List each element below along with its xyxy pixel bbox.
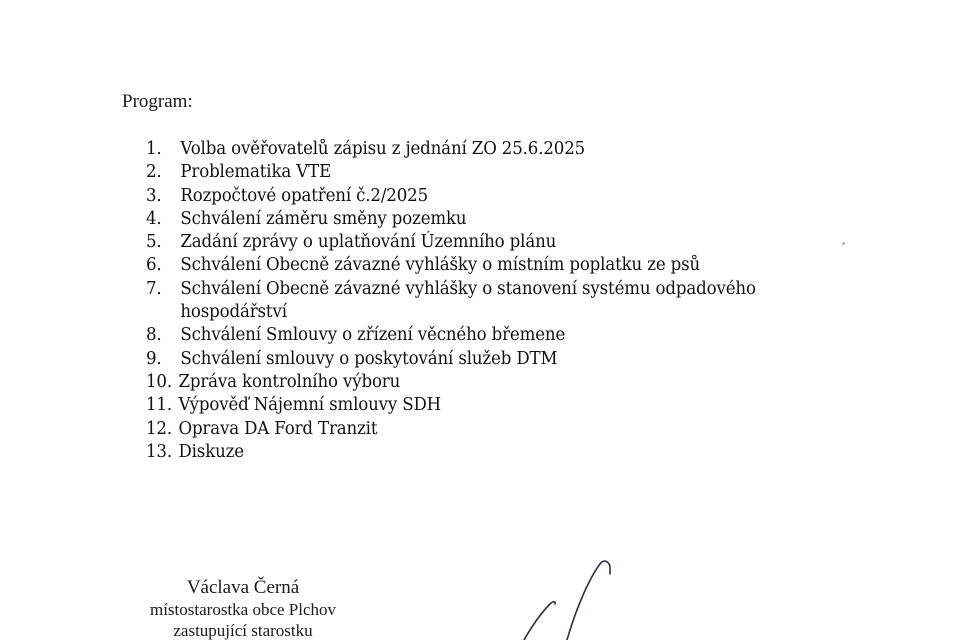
agenda-text: Problematika VTE (180, 161, 791, 184)
scan-speck (842, 242, 845, 245)
agenda-number: 11. (146, 394, 178, 417)
agenda-text: Výpověď Nájemní smlouvy SDH (178, 394, 789, 417)
agenda-item: 10.Zpráva kontrolního výboru (146, 371, 792, 394)
agenda-item: 8.Schválení Smlouvy o zřízení věcného bř… (146, 324, 792, 347)
agenda-text: Schválení Obecně závazné vyhlášky o stan… (180, 278, 791, 325)
signatory-role: místostarostka obce Plchov (93, 599, 393, 620)
agenda-item: 11.Výpověď Nájemní smlouvy SDH (146, 394, 792, 417)
agenda-number: 7. (146, 278, 180, 325)
agenda-number: 4. (146, 208, 180, 231)
agenda-text: Zadání zprávy o uplatňování Územního plá… (180, 231, 791, 254)
agenda-item: 6.Schválení Obecně závazné vyhlášky o mí… (146, 254, 792, 277)
signatory-block: Václava Černá místostarostka obce Plchov… (93, 577, 393, 640)
agenda-number: 5. (146, 231, 180, 254)
agenda-number: 13. (146, 441, 178, 464)
agenda-number: 9. (146, 348, 180, 371)
signatory-role-note: zastupující starostku (93, 620, 393, 640)
cut-off-header-text: ▀▀▀▀ ▀ ▀ ▀ ▀▀ ▀▀▀▀ ▀ ▀▀▀ ▀▀▀▀ ▀▀▀ ▀ ▀ (0, 0, 960, 7)
agenda-number: 1. (146, 138, 180, 161)
handwritten-signature-icon (500, 540, 660, 640)
agenda-text: Rozpočtové opatření č.2/2025 (180, 185, 791, 208)
agenda-item: 1.Volba ověřovatelů zápisu z jednání ZO … (146, 138, 792, 161)
agenda-number: 2. (146, 161, 180, 184)
agenda-item: 5.Zadání zprávy o uplatňování Územního p… (146, 231, 792, 254)
agenda-text: Schválení záměru směny pozemku (180, 208, 791, 231)
program-heading: Program: (122, 91, 193, 113)
agenda-text: Schválení smlouvy o poskytování služeb D… (180, 348, 791, 371)
agenda-text: Schválení Obecně závazné vyhlášky o míst… (180, 254, 791, 277)
agenda-number: 3. (146, 185, 180, 208)
agenda-item: 13.Diskuze (146, 441, 792, 464)
agenda-item: 3.Rozpočtové opatření č.2/2025 (146, 185, 792, 208)
agenda-item: 9.Schválení smlouvy o poskytování služeb… (146, 348, 792, 371)
agenda-text: Oprava DA Ford Tranzit (178, 418, 789, 441)
agenda-text: Zpráva kontrolního výboru (178, 371, 789, 394)
agenda-list: 1.Volba ověřovatelů zápisu z jednání ZO … (146, 138, 822, 464)
agenda-item: 2.Problematika VTE (146, 161, 792, 184)
agenda-item: 12.Oprava DA Ford Tranzit (146, 418, 792, 441)
agenda-text: Schválení Smlouvy o zřízení věcného břem… (180, 324, 791, 347)
agenda-item: 4.Schválení záměru směny pozemku (146, 208, 792, 231)
agenda-number: 12. (146, 418, 178, 441)
agenda-number: 8. (146, 324, 180, 347)
agenda-text: Diskuze (178, 441, 789, 464)
agenda-number: 10. (146, 371, 178, 394)
agenda-text: Volba ověřovatelů zápisu z jednání ZO 25… (180, 138, 791, 161)
agenda-item: 7.Schválení Obecně závazné vyhlášky o st… (146, 278, 792, 325)
agenda-number: 6. (146, 254, 180, 277)
signatory-name: Václava Černá (93, 577, 393, 599)
